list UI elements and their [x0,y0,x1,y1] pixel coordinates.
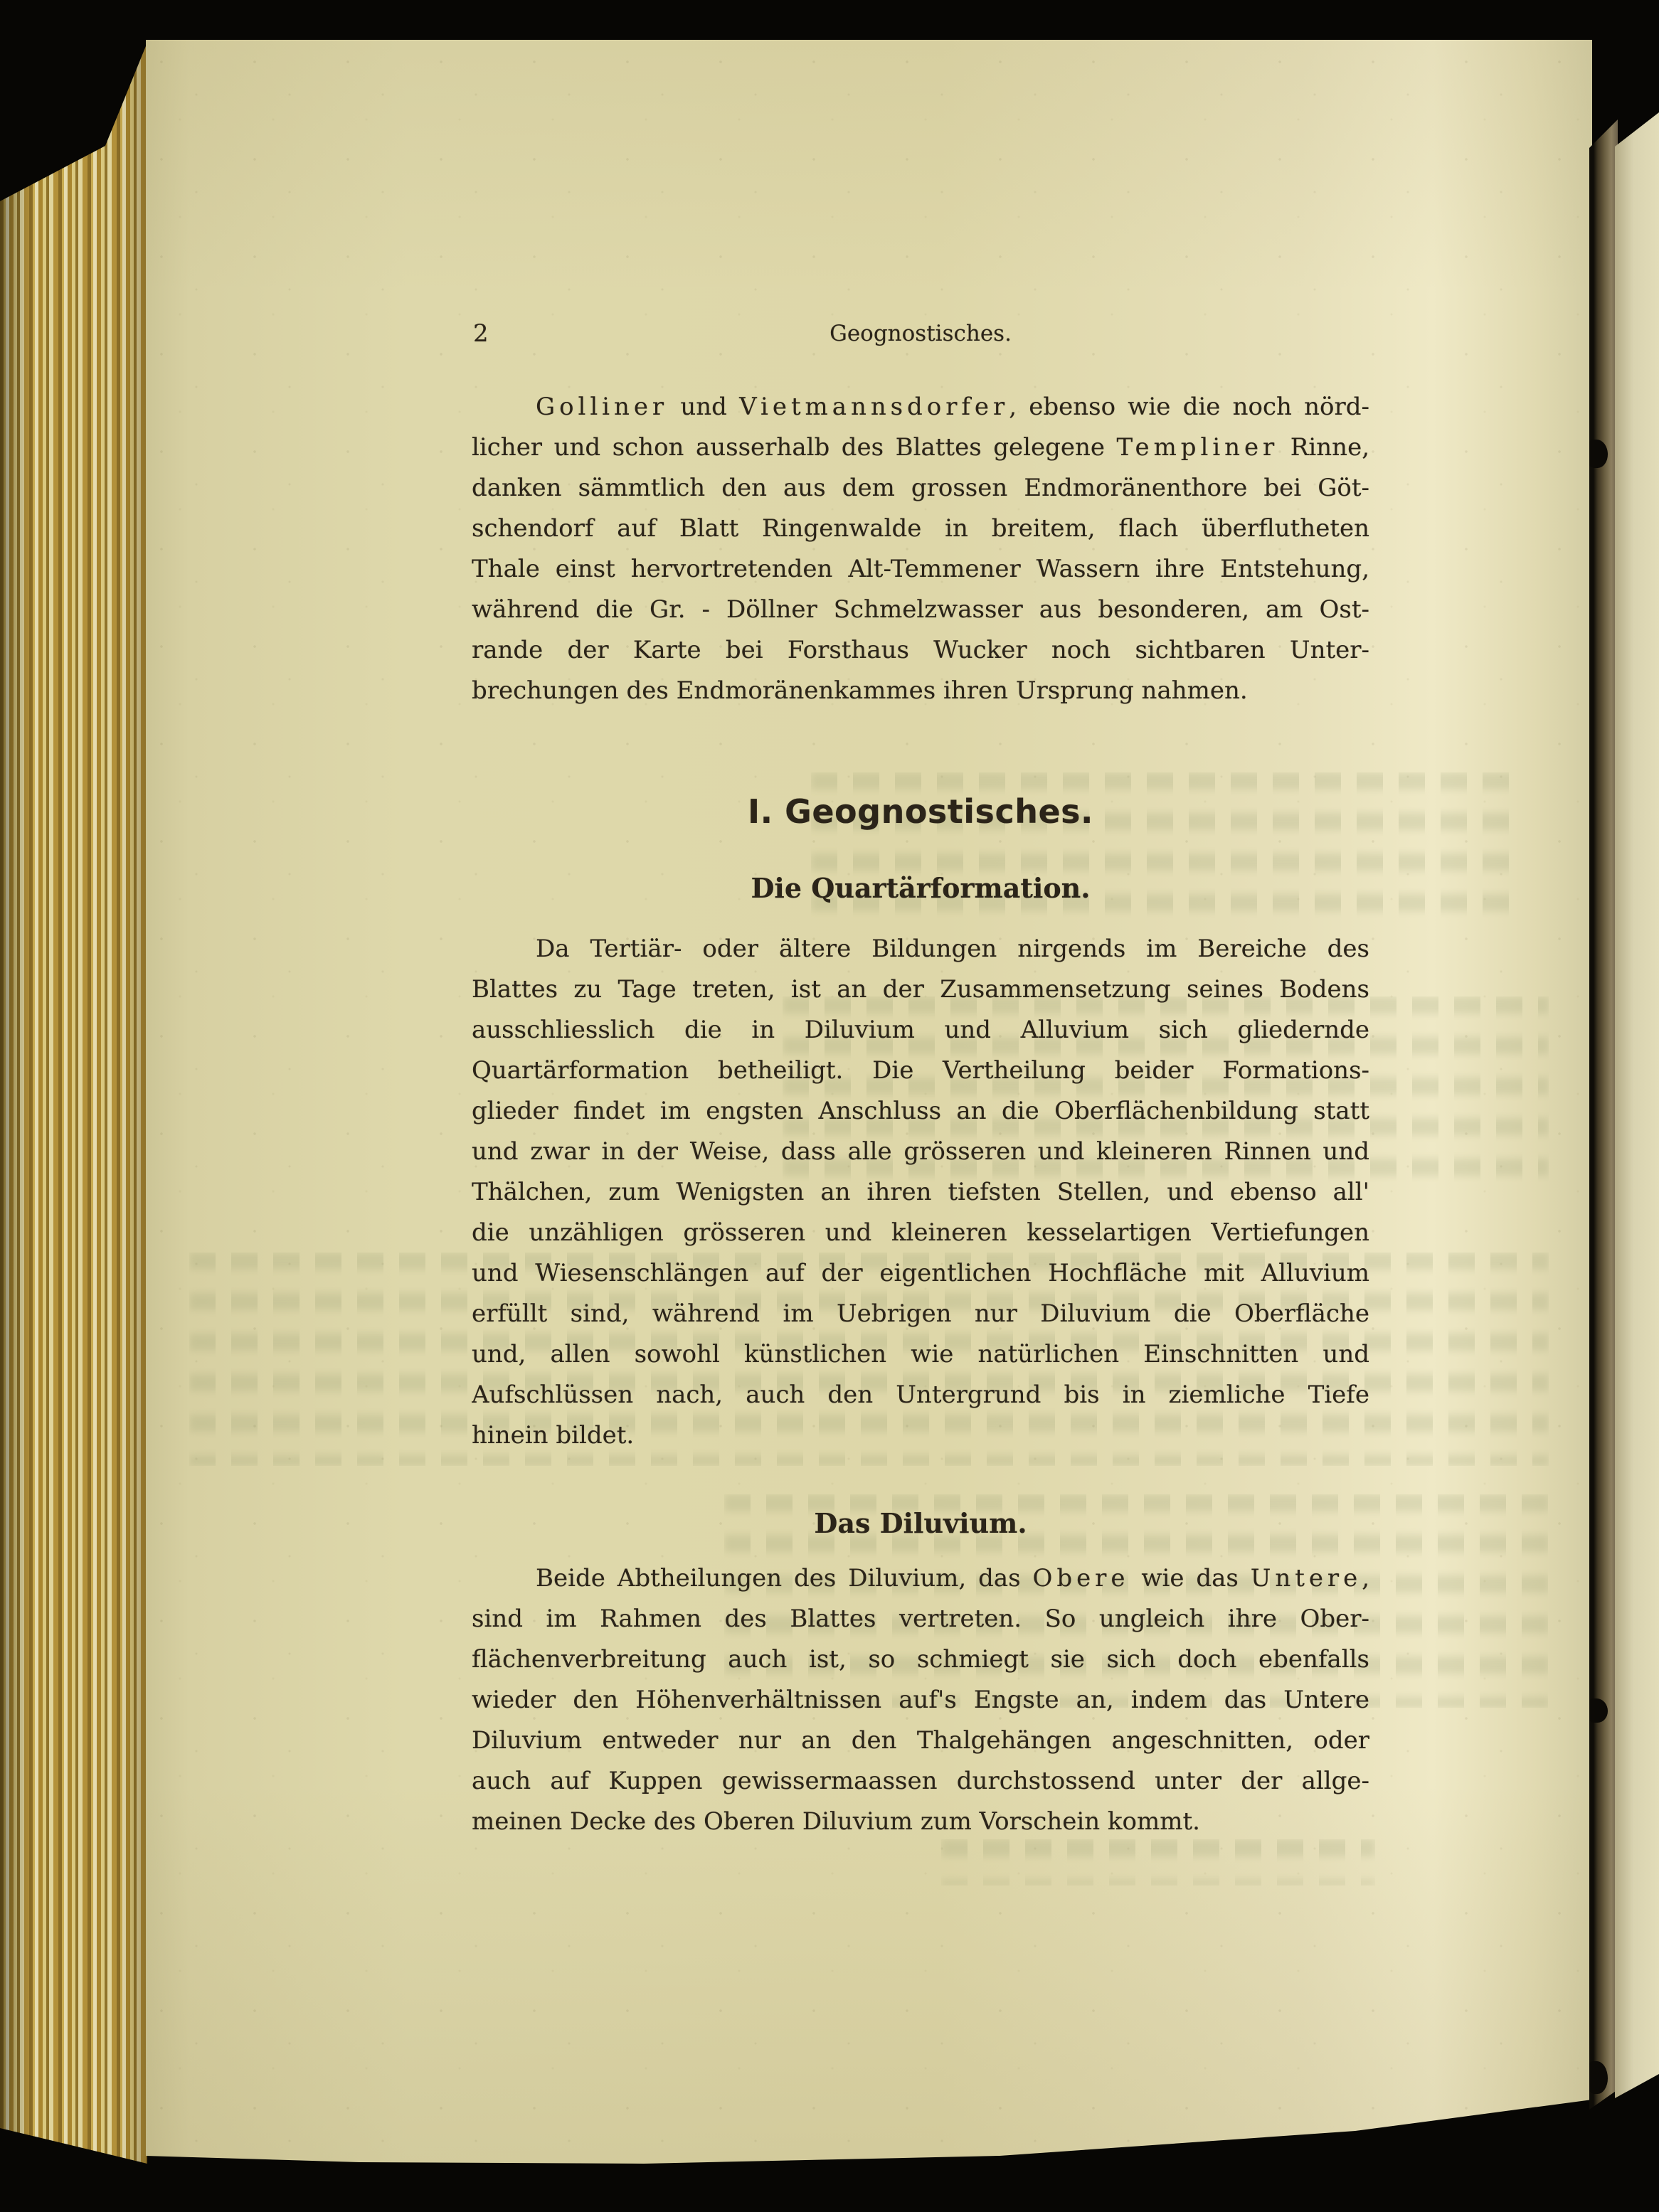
book-gutter [1589,105,1618,2110]
text-segment: glieder findet im engsten Anschluss an d… [472,1097,1369,1125]
text-segment: Aufschlüssen nach, auch den Untergrund b… [472,1381,1369,1409]
text-line: und Wiesenschlängen auf der eigentlichen… [472,1253,1369,1294]
text-line: auch auf Kuppen gewissermaassen durchsto… [472,1761,1369,1802]
text-segment: schendorf auf Blatt Ringenwalde in breit… [472,514,1369,543]
text-segment: und [668,393,739,421]
text-line: meinen Decke des Oberen Diluvium zum Vor… [472,1802,1369,1842]
text-segment: Thale einst hervortretenden Alt-Temmener… [472,555,1369,583]
text-segment: wieder den Höhenverhältnissen auf's Engs… [472,1686,1369,1714]
binding-stitch [1586,440,1608,468]
text-line: flächenverbreitung auch ist, so schmiegt… [472,1639,1369,1680]
letterspaced-word: Untere [1251,1564,1362,1592]
letterspaced-word: Templiner [1117,433,1279,462]
text-line: Thale einst hervortretenden Alt-Temmener… [472,549,1369,590]
text-line: schendorf auf Blatt Ringenwalde in breit… [472,509,1369,549]
text-line: und zwar in der Weise, dass alle grösser… [472,1132,1369,1172]
book-page-stack-edge [0,0,147,2212]
letterspaced-word: Golliner [536,393,668,421]
text-line: Beide Abtheilungen des Diluvium, das Obe… [472,1558,1369,1599]
paragraph: Beide Abtheilungen des Diluvium, das Obe… [472,1558,1369,1842]
text-line: Golliner und Vietmannsdorfer, ebenso wie… [472,387,1369,427]
text-segment: hinein bildet. [472,1421,634,1450]
bleedthrough-ghost [941,1839,1375,1886]
text-segment: brechungen des Endmoränenkammes ihren Ur… [472,676,1248,705]
text-line: und, allen sowohl künstlichen wie natürl… [472,1334,1369,1375]
text-segment: Quartärformation betheiligt. Die Verthei… [472,1056,1369,1085]
scanned-book-photo: { "page": { "number": "2", "running_head… [0,0,1659,2212]
facing-page-edge [1615,112,1659,2098]
text-segment: Da Tertiär- oder ältere Bildungen nirgen… [536,935,1369,963]
text-segment: , ebenso wie die noch nörd- [1009,393,1369,421]
text-column: 2 Geognostisches. Golliner und Vietmanns… [472,319,1369,1842]
text-segment: auch auf Kuppen gewissermaassen durchsto… [472,1767,1369,1795]
letterspaced-word: Vietmannsdorfer [739,393,1009,421]
text-line: Thälchen, zum Wenigsten an ihren tiefste… [472,1172,1369,1213]
text-segment: licher und schon ausserhalb des Blattes … [472,433,1117,462]
text-line: Diluvium entweder nur an den Thalgehänge… [472,1721,1369,1761]
text-segment: rande der Karte bei Forsthaus Wucker noc… [472,636,1369,664]
text-segment: ausschliesslich die in Diluvium und Allu… [472,1016,1369,1044]
text-segment: danken sämmtlich den aus dem grossen End… [472,474,1369,502]
text-segment: und, allen sowohl künstlichen wie natürl… [472,1340,1369,1368]
text-segment: Thälchen, zum Wenigsten an ihren tiefste… [472,1178,1369,1206]
text-line: Blattes zu Tage treten, ist an der Zusam… [472,969,1369,1010]
text-line: danken sämmtlich den aus dem grossen End… [472,468,1369,509]
text-segment: meinen Decke des Oberen Diluvium zum Vor… [472,1807,1200,1836]
text-segment: und zwar in der Weise, dass alle grösser… [472,1137,1369,1166]
text-line: die unzähligen grösseren und kleineren k… [472,1213,1369,1253]
text-segment: Beide Abtheilungen des Diluvium, das [536,1564,1033,1592]
text-line: rande der Karte bei Forsthaus Wucker noc… [472,630,1369,671]
text-line: brechungen des Endmoränenkammes ihren Ur… [472,671,1369,711]
text-segment: sind im Rahmen des Blattes vertreten. So… [472,1605,1369,1633]
text-segment: Rinne, [1278,433,1369,462]
text-line: Da Tertiär- oder ältere Bildungen nirgen… [472,929,1369,969]
text-segment: erfüllt sind, während im Uebrigen nur Di… [472,1299,1369,1328]
text-segment: die unzähligen grösseren und kleineren k… [472,1218,1369,1247]
running-header: Geognostisches. [472,319,1369,348]
letterspaced-word: Obere [1033,1564,1130,1592]
text-line: während die Gr. - Döllner Schmelzwasser … [472,590,1369,630]
text-line: glieder findet im engsten Anschluss an d… [472,1091,1369,1132]
paragraph: Da Tertiär- oder ältere Bildungen nirgen… [472,929,1369,1456]
paragraph: Golliner und Vietmannsdorfer, ebenso wie… [472,387,1369,711]
text-segment: während die Gr. - Döllner Schmelzwasser … [472,595,1369,624]
section-heading: I. Geognostisches. [472,791,1369,832]
text-line: licher und schon ausserhalb des Blattes … [472,427,1369,468]
text-line: Quartärformation betheiligt. Die Verthei… [472,1051,1369,1091]
text-line: sind im Rahmen des Blattes vertreten. So… [472,1599,1369,1639]
text-segment: , [1362,1564,1369,1592]
running-head-row: 2 Geognostisches. [472,319,1369,348]
text-flow: Golliner und Vietmannsdorfer, ebenso wie… [472,387,1369,1842]
text-line: ausschliesslich die in Diluvium und Allu… [472,1010,1369,1051]
text-segment: Blattes zu Tage treten, ist an der Zusam… [472,975,1369,1004]
text-segment: wie das [1129,1564,1250,1592]
text-segment: Diluvium entweder nur an den Thalgehänge… [472,1726,1369,1755]
binding-stitch [1586,1698,1608,1723]
sub-heading: Das Diluvium. [472,1506,1369,1541]
sub-heading: Die Quartärformation. [472,871,1369,906]
text-line: wieder den Höhenverhältnissen auf's Engs… [472,1680,1369,1721]
text-segment: und Wiesenschlängen auf der eigentlichen… [472,1259,1369,1287]
text-segment: flächenverbreitung auch ist, so schmiegt… [472,1645,1369,1674]
text-line: hinein bildet. [472,1415,1369,1456]
text-line: erfüllt sind, während im Uebrigen nur Di… [472,1294,1369,1334]
binding-stitch [1586,2061,1608,2094]
book-page: 2 Geognostisches. Golliner und Vietmanns… [146,40,1592,2164]
text-line: Aufschlüssen nach, auch den Untergrund b… [472,1375,1369,1415]
